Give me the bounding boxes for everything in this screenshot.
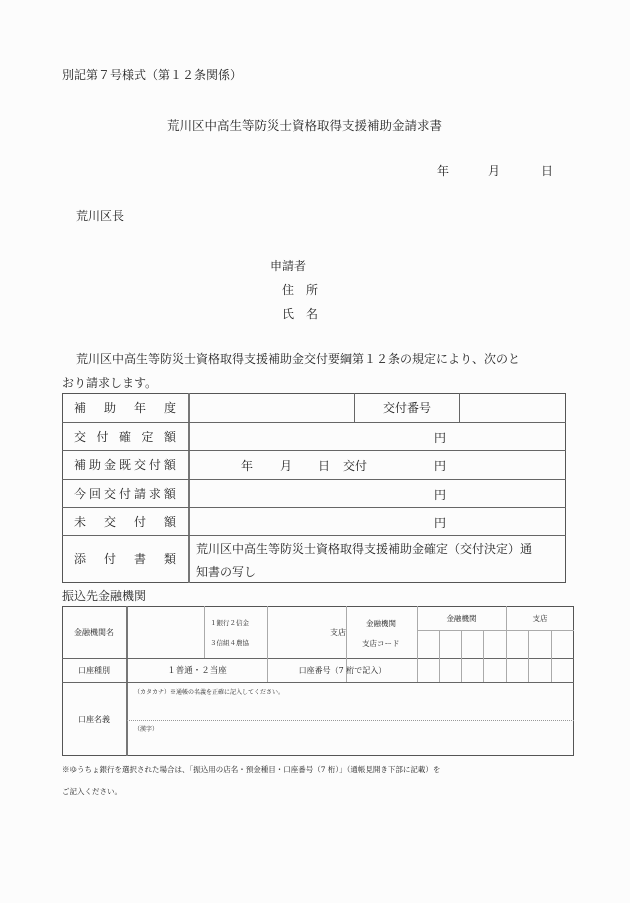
current-request-input[interactable]: [190, 480, 565, 506]
branch-name-input[interactable]: [268, 607, 328, 657]
label-char: 付: [134, 513, 146, 530]
label-char: 交: [74, 428, 86, 445]
label-char: 請: [134, 485, 146, 502]
bank-type-line1: １銀行２信金: [210, 618, 249, 627]
label-char: 額: [164, 485, 176, 502]
yen-unit: 円: [434, 514, 446, 531]
label-char: 確: [119, 428, 131, 445]
label-char: 回: [89, 485, 101, 502]
label-char: 助: [89, 456, 101, 473]
bank-type-line2: ３信組４農協: [210, 638, 249, 647]
code-label-line1: 金融機関: [366, 618, 396, 629]
attachment-text-line2: 知書の写し: [196, 563, 256, 580]
label-char: 求: [149, 485, 161, 502]
date-day[interactable]: 日: [541, 162, 553, 179]
date-month[interactable]: 月: [488, 162, 500, 179]
attachment-text-line1: 荒川区中高生等防災士資格取得支援補助金確定（交付決定）通: [196, 540, 532, 557]
account-type-options[interactable]: １普通・２当座: [127, 658, 267, 682]
label-char: 未: [74, 513, 86, 530]
label-char: 補: [74, 456, 86, 473]
account-number-label: 口座番号（7 桁で記入）: [268, 658, 417, 682]
grant-number-input[interactable]: [460, 394, 565, 421]
code-label-line2: 支店コード: [362, 638, 400, 649]
account-holder-label: 口座名義: [62, 682, 126, 756]
label-char: 額: [164, 456, 176, 473]
label-char: 額: [164, 428, 176, 445]
document-title: 荒川区中高生等防災士資格取得支援補助金請求書: [167, 116, 442, 134]
label-char: 補: [74, 399, 86, 416]
label-char: 既: [119, 456, 131, 473]
grant-number-label: 交付番号: [355, 393, 459, 422]
branch-label: 支店: [330, 627, 346, 638]
date-year[interactable]: 年: [437, 162, 449, 179]
label-char: 助: [104, 399, 116, 416]
paid-date-day: 日: [318, 457, 330, 474]
branch-code-header: 支店: [506, 606, 574, 630]
label-char: 今: [74, 485, 86, 502]
bank-name-label: 金融機関名: [62, 606, 126, 658]
label-subsidy-year: 補 助 年 度: [74, 393, 176, 422]
label-current-request: 今 回 交 付 請 求 額: [74, 479, 176, 507]
label-char: 付: [96, 428, 108, 445]
yen-unit: 円: [434, 486, 446, 503]
label-char: 交: [104, 485, 116, 502]
label-char: 添: [74, 550, 86, 567]
addressee: 荒川区長: [76, 207, 124, 224]
bank-name-input[interactable]: [128, 607, 203, 657]
label-confirmed-amount: 交 付 確 定 額: [74, 422, 176, 450]
label-char: 類: [164, 550, 176, 567]
label-char: 付: [119, 485, 131, 502]
unpaid-amount-input[interactable]: [190, 508, 565, 534]
yen-unit: 円: [434, 457, 446, 474]
name-field[interactable]: 氏 名: [282, 305, 318, 322]
footnote-line1: ※ゆうちょ銀行を選択された場合は、「振込用の店名・預金種目・口座番号（7 桁）」…: [62, 764, 440, 775]
address-field[interactable]: 住 所: [282, 281, 318, 298]
confirmed-amount-input[interactable]: [190, 423, 565, 449]
bank-code-header: 金融機関: [417, 606, 506, 630]
code-digit-inputs[interactable]: [418, 631, 573, 681]
body-text-line1: 荒川区中高生等防災士資格取得支援補助金交付要綱第１２条の規定により、次のと: [76, 350, 520, 367]
label-char: 書: [134, 550, 146, 567]
label-attachments: 添 付 書 類: [74, 535, 176, 582]
label-char: 金: [104, 456, 116, 473]
label-char: 付: [149, 456, 161, 473]
footnote-line2: ご記入ください。: [62, 786, 122, 797]
label-char: 定: [141, 428, 153, 445]
label-char: 度: [164, 399, 176, 416]
label-already-paid: 補 助 金 既 交 付 額: [74, 450, 176, 479]
label-char: 交: [134, 456, 146, 473]
yen-unit: 円: [434, 429, 446, 446]
paid-date-year: 年: [241, 457, 253, 474]
paid-date-month: 月: [280, 457, 292, 474]
paid-date-suffix: 交付: [343, 457, 367, 474]
label-char: 交: [104, 513, 116, 530]
label-char: 額: [164, 513, 176, 530]
body-text-line2: おり請求します。: [62, 374, 157, 391]
subsidy-year-input[interactable]: [190, 394, 353, 421]
katakana-hint: （カタカナ）※通帳の名義を正確に記入してください。: [134, 687, 284, 696]
account-holder-katakana-input[interactable]: [128, 696, 572, 719]
applicant-label: 申請者: [270, 257, 306, 274]
label-unpaid-amount: 未 交 付 額: [74, 507, 176, 535]
account-type-label: 口座種別: [62, 658, 126, 682]
label-char: 年: [134, 399, 146, 416]
label-char: 付: [104, 550, 116, 567]
account-holder-kanji-input[interactable]: [128, 733, 572, 755]
form-number: 別記第７号様式（第１２条関係）: [62, 66, 242, 83]
bank-section-heading: 振込先金融機関: [62, 587, 146, 604]
kanji-hint: （漢字）: [134, 724, 158, 733]
